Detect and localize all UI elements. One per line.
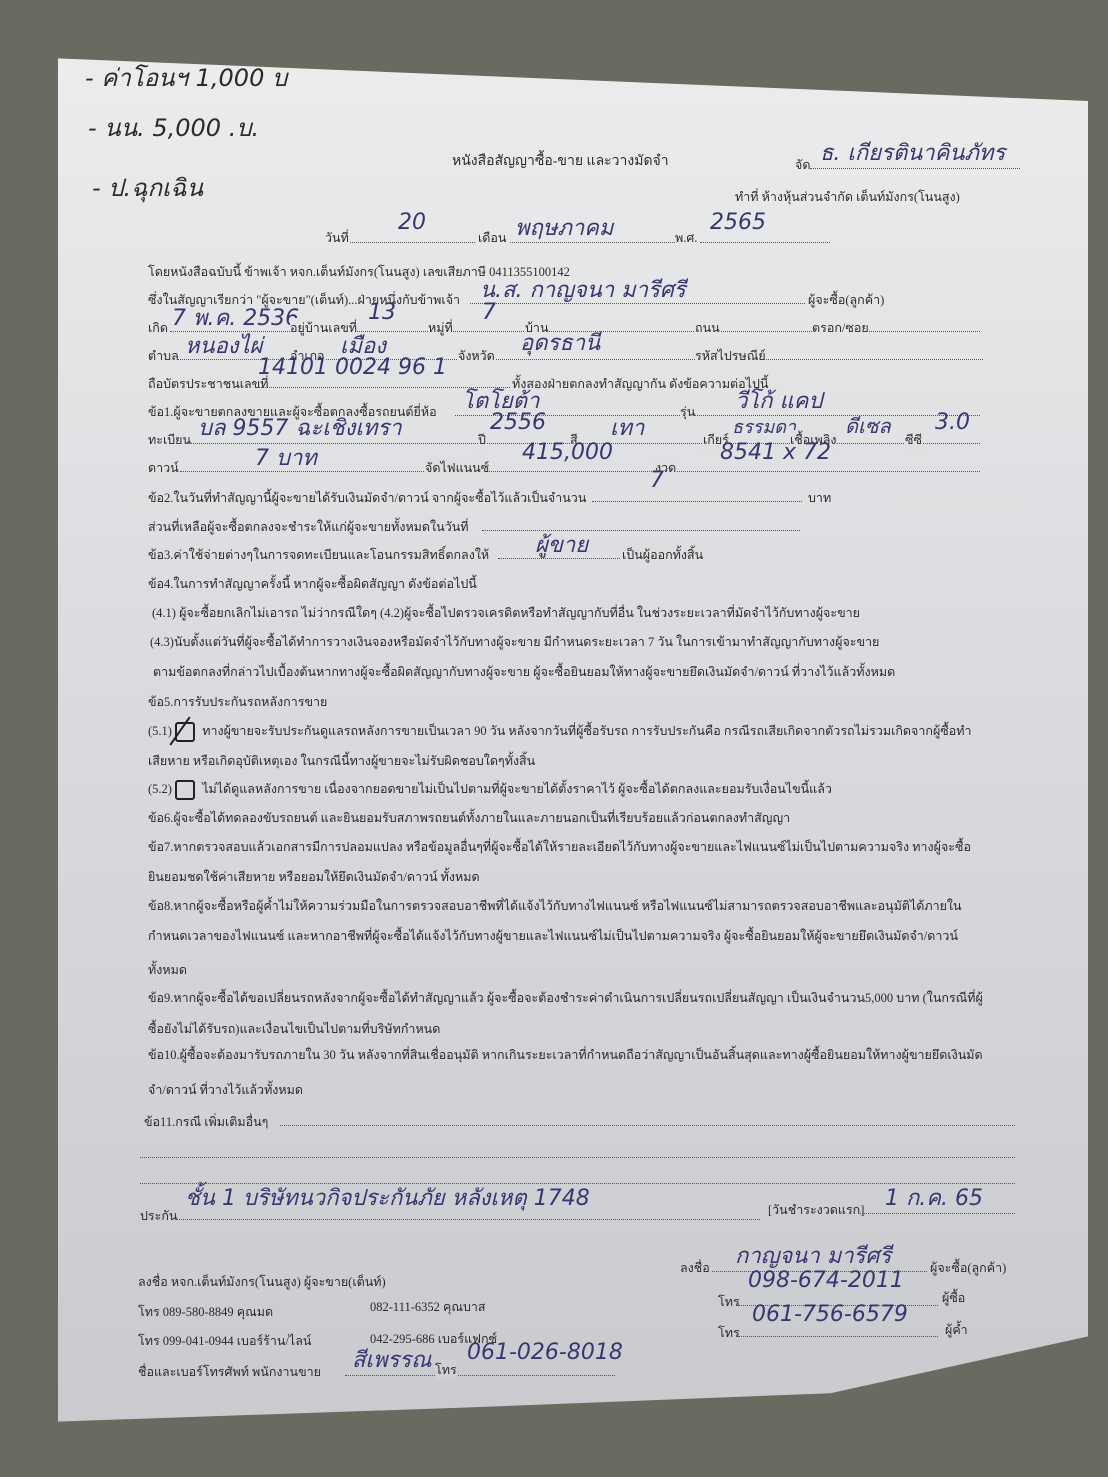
id-value: 14101 0024 96 1 [258, 355, 447, 380]
clause-11: ข้อ11.กรณี เพิ่มเติมอื่นๆ [144, 1112, 268, 1132]
soi-label: ตรอก/ซอย [812, 318, 869, 338]
province-label: จังหวัด [458, 346, 495, 366]
sales-name: สีเพรรณ [352, 1342, 432, 1377]
seller-phone-2: 082-111-6352 คุณบาส [370, 1297, 486, 1317]
month-label: เดือน [478, 228, 506, 248]
guarantor-phone-role: ผู้ค้ำ [945, 1320, 968, 1340]
color-value: เทา [610, 410, 644, 445]
road-label: ถนน [695, 318, 720, 338]
house-value: 13 [368, 300, 396, 325]
clause-8c: ทั้งหมด [148, 960, 187, 980]
installment-value: 8541 x 72 [720, 440, 831, 465]
deposit-amount: 7 [650, 468, 664, 493]
branch-value: ธ. เกียรตินาคินภัทร [820, 135, 1005, 170]
clause-5-1: (5.1) ทางผู้ขายจะรับประกันดูแลรถหลังการข… [148, 721, 972, 742]
year-value: 2565 [710, 210, 766, 235]
clause-7b: ยินยอมชดใช้ค่าเสียหาย หรือยอมให้ยึดเงินม… [148, 867, 480, 887]
deposit-unit: บาท [808, 488, 831, 508]
finance-label: จัดไฟแนนซ์ [425, 458, 489, 478]
clause-10: ข้อ10.ผู้ซื้อจะต้องมารับรถภายใน 30 วัน ห… [148, 1045, 983, 1065]
clause-9: ข้อ9.หากผู้จะซื้อได้ขอเปลี่ยนรถหลังจากผู… [148, 988, 983, 1008]
sales-label: ชื่อและเบอร์โทรศัพท์ พนักงานขาย [138, 1362, 321, 1382]
no-warranty-checkbox[interactable] [175, 780, 195, 800]
id-label: ถือบัตรประชาชนเลขที่ [148, 374, 268, 394]
seller-signature: ลงชื่อ หจก.เต็นท์มังกร(โนนสูง) ผู้จะขาย(… [138, 1272, 386, 1292]
subdistrict-label: ตำบล [148, 346, 179, 366]
clause-6: ข้อ6.ผู้จะซื้อได้ทดลองขับรถยนต์ และยินยอ… [148, 808, 790, 828]
clause-2: ข้อ2.ในวันที่ทำสัญญานี้ผู้จะขายได้รับเงิ… [148, 488, 586, 508]
sales-phone: 061-026-8018 [467, 1340, 623, 1365]
clause-4-1: (4.1) ผู้จะซื้อยกเลิกไม่เอารถ ไม่ว่ากรณี… [152, 603, 860, 623]
province-value: อุดรธานี [520, 325, 600, 360]
down-label: ดาวน์ [148, 458, 179, 478]
clause-5-2: (5.2) ไม่ได้ดูแลหลังการขาย เนื่องจากยอดข… [148, 779, 832, 800]
branch-label: จัด [795, 155, 810, 175]
clause-5: ข้อ5.การรับประกันรถหลังการขาย [148, 692, 327, 712]
cc-label: ซีซี [905, 430, 922, 450]
clause-5-1b: เสียหาย หรือเกิดอุบัติเหตุเอง ในกรณีนี้ท… [148, 751, 535, 771]
buyer-phone-role: ผู้ซื้อ [942, 1288, 965, 1308]
sales-phone-label: โทร [435, 1360, 457, 1380]
cc-value: 3.0 [935, 410, 970, 435]
guarantor-phone-label: โทร [718, 1323, 740, 1343]
clause-5-1-label: (5.1) [148, 724, 172, 738]
buyer-name: น.ส. กาญจนา มารีศรี [480, 272, 686, 307]
clause-4: ข้อ4.ในการทำสัญญาครั้งนี้ หากผู้จะซื้อผิ… [148, 574, 477, 594]
seller-phone-1: โทร 089-580-8849 คุณมด [138, 1302, 273, 1322]
guarantor-phone: 061-756-6579 [752, 1302, 908, 1327]
day-label: วันที่ [325, 228, 349, 248]
moo-value: 7 [482, 300, 496, 325]
clause-5-2-text: ไม่ได้ดูแลหลังการขาย เนื่องจากยอดขายไม่เ… [202, 782, 832, 796]
place: ทำที่ ห้างหุ้นส่วนจำกัด เต็นท์มังกร(โนนส… [735, 187, 960, 207]
clause-4-3: (4.3)นับตั้งแต่วันที่ผู้จะซื้อได้ทำการวา… [150, 632, 879, 652]
margin-note: - ป.ฉุกเฉิน [92, 168, 203, 207]
seller-phone-3: โทร 099-041-0944 เบอร์ร้าน/ไลน์ [138, 1331, 311, 1351]
buyer-phone-label: โทร [718, 1292, 740, 1312]
reg-label: ทะเบียน [148, 430, 191, 450]
buyer-sign-label: ลงชื่อ [680, 1258, 710, 1278]
document-title: หนังสือสัญญาซื้อ-ขาย และวางมัดจำ [452, 150, 669, 172]
clause-5-2-label: (5.2) [148, 782, 172, 796]
model-label: รุ่น [680, 402, 695, 422]
finance-value: 415,000 [522, 440, 613, 465]
clause-3: ข้อ3.ค่าใช้จ่ายต่างๆในการจดทะเบียนและโอน… [148, 545, 489, 565]
buyer-sign-role: ผู้จะซื้อ(ลูกค้า) [930, 1258, 1006, 1278]
clause-9b: ซื้อยังไม่ได้รับรถ)และเงื่อนไขเป็นไปตามท… [148, 1019, 440, 1039]
fuel-value: ดีเซล [845, 410, 891, 442]
insurance-label: ประกัน [140, 1206, 177, 1226]
birth-label: เกิด [148, 318, 168, 338]
clause-5-1-text: ทางผู้ขายจะรับประกันดูแลรถหลังการขายเป็น… [202, 724, 971, 738]
insurance-value: ชั้น 1 บริษัทนวกิจประกันภัย หลังเหตุ 174… [185, 1180, 590, 1215]
clause-2b: ส่วนที่เหลือผู้จะซื้อตกลงจะชำระให้แก่ผู้… [148, 517, 469, 537]
buyer-phone: 098-674-2011 [748, 1268, 904, 1293]
first-payment-label: [วันชำระงวดแรก] [768, 1200, 864, 1220]
clause-10b: จำ/ดาวน์ ที่วางไว้แล้วทั้งหมด [148, 1080, 303, 1100]
vehicle-year: 2556 [490, 410, 546, 435]
first-payment-value: 1 ก.ค. 65 [885, 1180, 983, 1215]
postcode-label: รหัสไปรษณีย์ [695, 346, 766, 366]
margin-note: - นน. 5,000 .บ. [88, 108, 259, 147]
clause-7: ข้อ7.หากตรวจสอบแล้วเอกสารมีการปลอมแปลง ห… [148, 837, 971, 857]
month-value: พฤษภาคม [515, 210, 613, 245]
down-value: 7 บาท [255, 440, 317, 475]
clause-4-3b: ตามข้อตกลงที่กล่าวไปเบื้องต้นหากทางผู้จะ… [153, 662, 895, 682]
subdistrict-value: หนองไผ่ [185, 328, 262, 363]
year-label: ปี [478, 430, 486, 450]
id-suffix: ทั้งสองฝ่ายตกลงทำสัญญากัน ดังข้อความต่อไ… [512, 374, 768, 394]
margin-note: - ค่าโอนฯ 1,000 บ [85, 58, 287, 97]
expense-payer: ผู้ขาย [535, 527, 588, 562]
moo-label: หมู่ที่ [428, 318, 453, 338]
clause-8b: กำหนดเวลาของไฟแนนซ์ และหากอาชีพที่ผู้จะซ… [148, 926, 958, 946]
gear-value: ธรรมดา [732, 412, 796, 441]
clause-3b: เป็นผู้ออกทั้งสิ้น [622, 545, 703, 565]
buyer-role: ผู้จะซื้อ(ลูกค้า) [808, 290, 884, 310]
warranty-90-checkbox[interactable] [175, 722, 195, 742]
year-label: พ.ศ. [675, 228, 697, 248]
day-value: 20 [398, 210, 426, 235]
clause-8: ข้อ8.หากผู้จะซื้อหรือผู้ค้ำไม่ให้ความร่ว… [148, 896, 962, 916]
